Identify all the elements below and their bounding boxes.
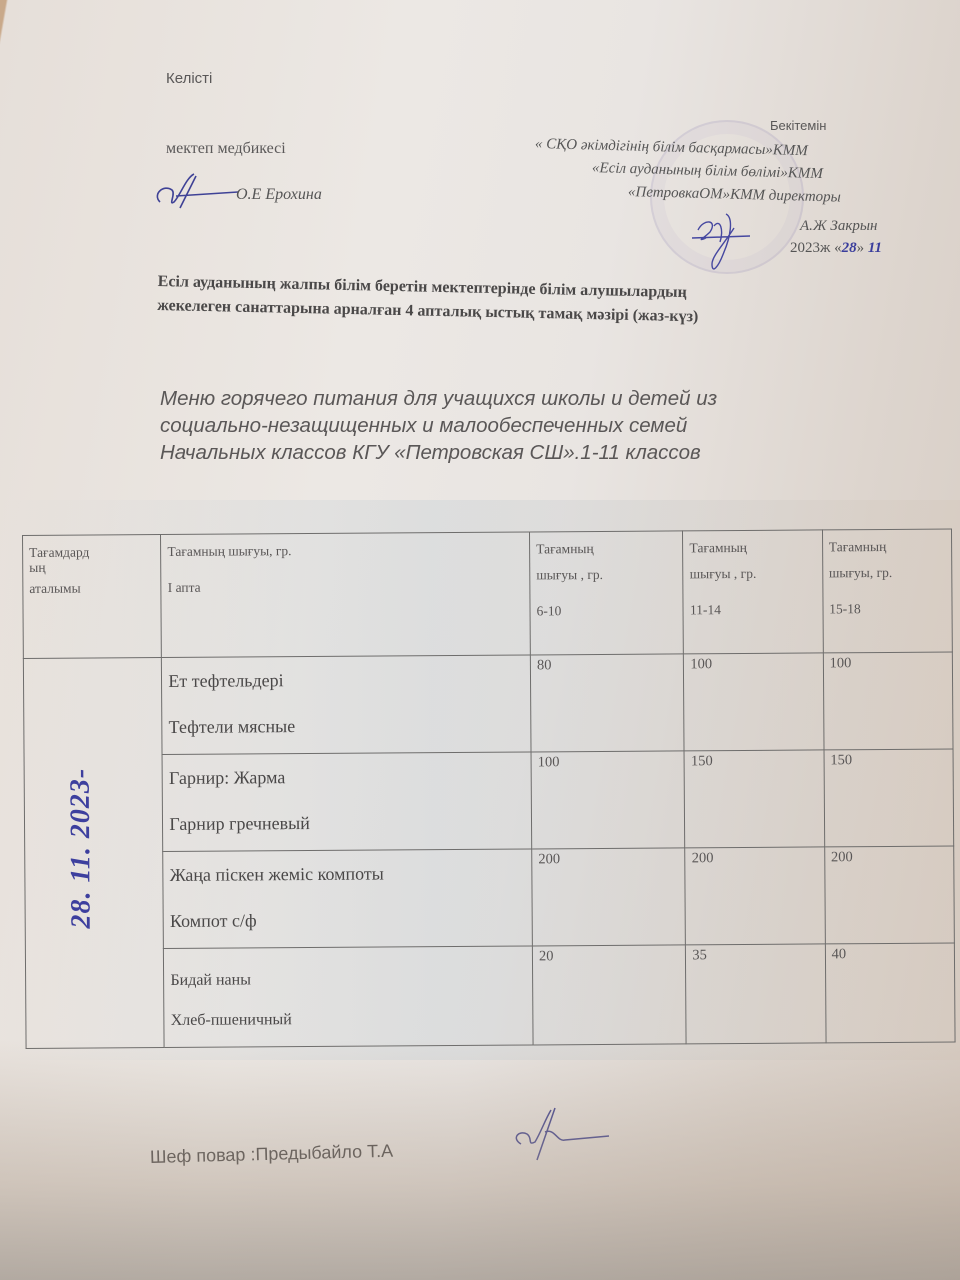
russian-title-line-2: социально-незащищенных и малообеспеченны… (160, 412, 860, 439)
dish-name-kz: Гарнир: Жарма (169, 752, 525, 800)
chef-signature-icon (505, 1102, 615, 1172)
header-text: шығуы , гр. (536, 561, 677, 588)
grams-15-18: 100 (823, 652, 953, 750)
date-cell: 28. 11. 2023- (23, 658, 164, 1049)
grams-11-14: 150 (684, 750, 824, 848)
header-dish-output: Тағамның шығуы, гр. I апта (161, 532, 531, 658)
table-row: Бидай наны Хлеб-пшеничный 20 35 40 (25, 943, 955, 1048)
header-text: шығуы, гр. (829, 560, 945, 587)
grams-15-18: 40 (825, 943, 955, 1043)
dish-name-kz: Бидай наны (170, 958, 526, 1000)
chef-signature-line: Шеф повар :Предыбайло Т.А (150, 1141, 394, 1168)
grams-11-14: 100 (684, 653, 824, 751)
dish-name-ru: Гарнир гречневый (169, 798, 525, 846)
kazakh-title: Есіл ауданының жалпы білім беретін мекте… (157, 270, 918, 334)
approve-label: Бекітемін (770, 118, 826, 133)
russian-title: Меню горячего питания для учащихся школы… (160, 385, 860, 466)
director-name: А.Ж Закрын (800, 218, 877, 235)
dish-name-kz: Жаңа піскен жеміс компоты (170, 849, 526, 897)
header-text: Тағамның (829, 534, 945, 561)
nurse-name: О.Е Ерохина (236, 186, 322, 204)
header-text: Тағамның шығуы, гр. (167, 537, 523, 565)
agreed-label: Келісті (166, 70, 212, 87)
grams-15-18: 200 (824, 846, 954, 944)
director-signature-icon (690, 208, 760, 278)
header-text: 11-14 (690, 596, 816, 623)
header-text: аталымы (29, 575, 154, 602)
date-prefix: 2023ж « (790, 240, 842, 256)
dish-cell: Жаңа піскен жеміс компоты Компот с/ф (163, 849, 532, 949)
header-text: Тағамның (689, 534, 815, 561)
nurse-title: мектеп медбикесі (166, 140, 286, 158)
grams-11-14: 35 (686, 944, 826, 1044)
grams-6-10: 100 (531, 751, 685, 849)
table-row: Гарнир: Жарма Гарнир гречневый 100 150 1… (24, 749, 954, 852)
dish-cell: Ет тефтельдері Тефтели мясные (162, 655, 531, 755)
date-day: 28 (842, 240, 857, 256)
table-header-row: Тағамдард ың аталымы Тағамның шығуы, гр.… (23, 529, 953, 658)
dish-name-kz: Ет тефтельдері (168, 655, 524, 703)
grams-6-10: 20 (532, 945, 686, 1045)
header-text: I апта (168, 573, 524, 601)
handwritten-date: 28. 11. 2023- (65, 768, 98, 929)
header-text: Тағамның (536, 535, 677, 562)
grams-6-10: 80 (530, 654, 684, 752)
dish-cell: Бидай наны Хлеб-пшеничный (164, 946, 533, 1048)
header-age-11-14: Тағамның шығуы , гр. 11-14 (683, 530, 823, 654)
header-age-15-18: Тағамның шығуы, гр. 15-18 (822, 529, 952, 653)
menu-table: Тағамдард ың аталымы Тағамның шығуы, гр.… (22, 529, 956, 1049)
header-dish-names: Тағамдард ың аталымы (23, 535, 162, 659)
russian-title-line-3: Начальных классов КГУ «Петровская СШ».1-… (160, 439, 860, 466)
date-month: 11 (868, 240, 882, 256)
grams-11-14: 200 (685, 847, 825, 945)
grams-6-10: 200 (532, 848, 686, 946)
table-row: Жаңа піскен жеміс компоты Компот с/ф 200… (25, 846, 955, 949)
approval-date: 2023ж «28» 11 (790, 240, 882, 257)
dish-name-ru: Компот с/ф (170, 895, 526, 943)
header-text: 6-10 (537, 597, 678, 624)
date-separator: » (857, 240, 868, 256)
nurse-signature-icon (150, 172, 240, 212)
table-row: 28. 11. 2023- Ет тефтельдері Тефтели мяс… (23, 652, 953, 755)
dish-cell: Гарнир: Жарма Гарнир гречневый (162, 752, 531, 852)
dish-name-ru: Тефтели мясные (168, 701, 524, 749)
lighting-shade (0, 1040, 960, 1280)
dish-name-ru: Хлеб-пшеничный (171, 998, 527, 1040)
russian-title-line-1: Меню горячего питания для учащихся школы… (160, 385, 860, 412)
grams-15-18: 150 (824, 749, 954, 847)
header-text: 15-18 (829, 596, 945, 623)
header-age-6-10: Тағамның шығуы , гр. 6-10 (530, 531, 684, 655)
header-text: шығуы , гр. (690, 560, 816, 587)
